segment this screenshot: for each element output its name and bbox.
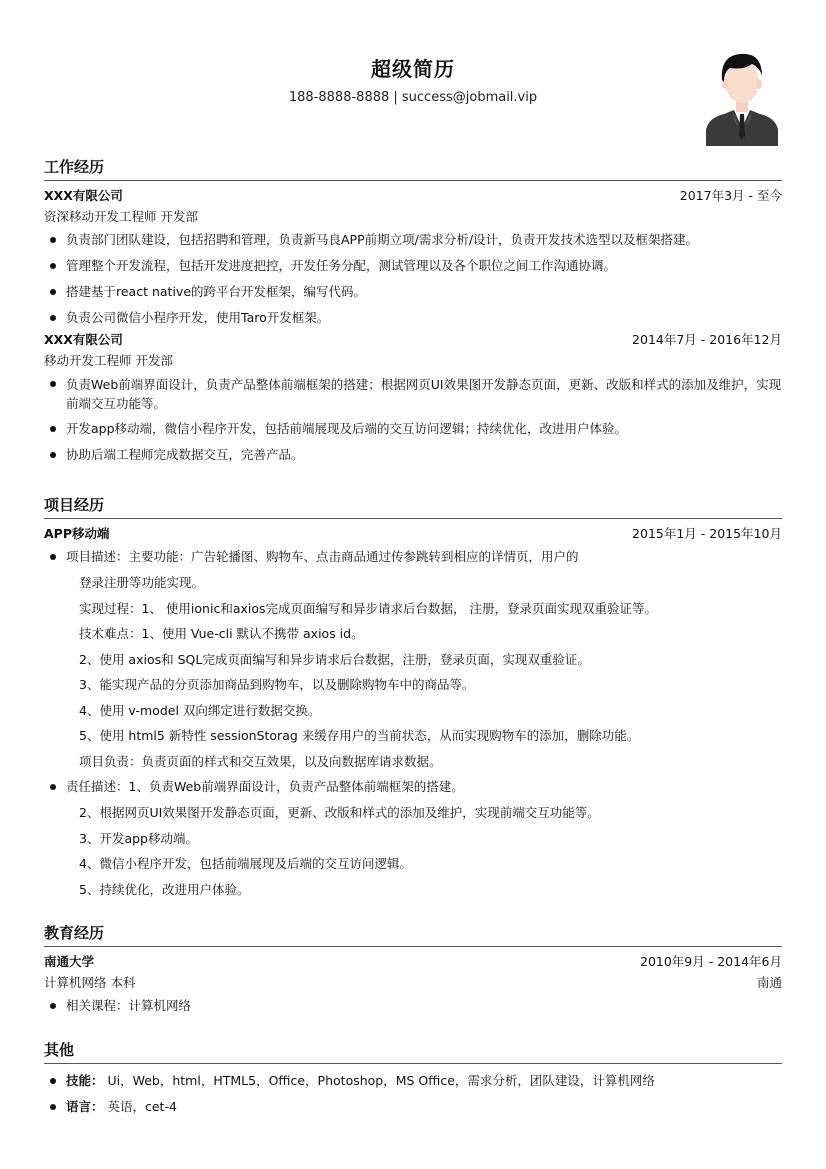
- job-role: 移动开发工程师 开发部: [44, 350, 173, 371]
- list-item: 搭建基于react native的跨平台开发框架，编写代码。: [44, 279, 782, 305]
- list-item: 协助后端工程师完成数据交互，完善产品。: [44, 442, 782, 468]
- school-name: 南通大学: [44, 951, 94, 972]
- other-bullets: 技能： Ui，Web，html，HTML5，Office，Photoshop，M…: [44, 1068, 782, 1120]
- section-title-other: 其他: [44, 1039, 782, 1064]
- project-detail-lines: 2、根据网页UI效果图开发静态页面，更新、改版和样式的添加及维护，实现前端交互功…: [44, 800, 782, 902]
- skills-value: Ui，Web，html，HTML5，Office，Photoshop，MS Of…: [104, 1073, 655, 1088]
- skills-label: 技能：: [66, 1073, 104, 1088]
- detail-line: 5、持续优化，改进用户体验。: [44, 877, 782, 903]
- person-avatar-icon: [704, 50, 780, 146]
- job-date: 2014年7月 - 2016年12月: [632, 329, 782, 350]
- detail-line: 技术难点：1、使用 Vue-cli 默认不携带 axios id。: [44, 621, 782, 647]
- major: 计算机网络 本科: [44, 972, 135, 993]
- contact-info: 188-8888-8888 | success@jobmail.vip: [0, 89, 826, 107]
- location: 南通: [757, 972, 782, 993]
- list-item: 负责部门团队建设，包括招聘和管理，负责新马良APP前期立项/需求分析/设计，负责…: [44, 227, 782, 253]
- resume-name: 超级简历: [0, 55, 826, 83]
- detail-line: 5、使用 html5 新特性 sessionStorag 来缓存用户的当前状态，…: [44, 723, 782, 749]
- list-item: 项目描述：主要功能：广告轮播图、购物车、点击商品通过传参跳转到相应的详情页，用户…: [44, 544, 782, 570]
- list-item: 开发app移动端，微信小程序开发，包括前端展现及后端的交互访问逻辑；持续优化，改…: [44, 416, 782, 442]
- detail-line: 3、能实现产品的分页添加商品到购物车，以及删除购物车中的商品等。: [44, 672, 782, 698]
- project-bullets: 项目描述：主要功能：广告轮播图、购物车、点击商品通过传参跳转到相应的详情页，用户…: [44, 544, 782, 570]
- detail-line: 2、根据网页UI效果图开发静态页面，更新、改版和样式的添加及维护，实现前端交互功…: [44, 800, 782, 826]
- project-experience-section: 项目经历 APP移动端 2015年1月 - 2015年10月 项目描述：主要功能…: [44, 494, 782, 902]
- job-entry: XXX有限公司 2017年3月 - 至今 资深移动开发工程师 开发部 负责部门团…: [44, 185, 782, 331]
- education-section: 教育经历 南通大学 2010年9月 - 2014年6月 计算机网络 本科 南通 …: [44, 922, 782, 1019]
- resume-header: 超级简历 188-8888-8888 | success@jobmail.vip: [0, 55, 826, 107]
- list-item: 管理整个开发流程，包括开发进度把控，开发任务分配，测试管理以及各个职位之间工作沟…: [44, 253, 782, 279]
- detail-line: 项目负责：负责页面的样式和交互效果，以及向数据库请求数据。: [44, 749, 782, 775]
- project-date: 2015年1月 - 2015年10月: [632, 523, 782, 544]
- job-entry: XXX有限公司 2014年7月 - 2016年12月 移动开发工程师 开发部 负…: [44, 329, 782, 468]
- detail-line: 3、开发app移动端。: [44, 826, 782, 852]
- project-name: APP移动端: [44, 523, 110, 544]
- other-section: 其他 技能： Ui，Web，html，HTML5，Office，Photosho…: [44, 1039, 782, 1120]
- detail-line: 2、使用 axios和 SQL完成页面编写和异步请求后台数据，注册，登录页面，实…: [44, 647, 782, 673]
- education-bullets: 相关课程：计算机网络: [44, 993, 782, 1019]
- project-detail-lines: 登录注册等功能实现。 实现过程：1、 使用ionic和axios完成页面编写和异…: [44, 570, 782, 774]
- job-date: 2017年3月 - 至今: [680, 185, 782, 206]
- language-value: 英语，cet-4: [104, 1099, 177, 1114]
- detail-line: 登录注册等功能实现。: [44, 570, 782, 596]
- job-bullets: 负责部门团队建设，包括招聘和管理，负责新马良APP前期立项/需求分析/设计，负责…: [44, 227, 782, 331]
- list-item: 责任描述：1、负责Web前端界面设计，负责产品整体前端框架的搭建。: [44, 774, 782, 800]
- detail-line: 实现过程：1、 使用ionic和axios完成页面编写和异步请求后台数据， 注册…: [44, 596, 782, 622]
- company-name: XXX有限公司: [44, 329, 123, 350]
- job-role: 资深移动开发工程师 开发部: [44, 206, 198, 227]
- language-item: 语言： 英语，cet-4: [44, 1094, 782, 1120]
- resume-page: 超级简历 188-8888-8888 | success@jobmail.vip: [0, 0, 826, 1169]
- section-title-education: 教育经历: [44, 922, 782, 947]
- language-label: 语言：: [66, 1099, 104, 1114]
- work-experience-section: 工作经历 XXX有限公司 2017年3月 - 至今 资深移动开发工程师 开发部 …: [44, 156, 782, 468]
- list-item: 相关课程：计算机网络: [44, 993, 782, 1019]
- list-item: 负责Web前端界面设计，负责产品整体前端框架的搭建；根据网页UI效果图开发静态页…: [44, 371, 782, 416]
- skills-item: 技能： Ui，Web，html，HTML5，Office，Photoshop，M…: [44, 1068, 782, 1094]
- section-title-projects: 项目经历: [44, 494, 782, 519]
- project-bullets: 责任描述：1、负责Web前端界面设计，负责产品整体前端框架的搭建。: [44, 774, 782, 800]
- job-bullets: 负责Web前端界面设计，负责产品整体前端框架的搭建；根据网页UI效果图开发静态页…: [44, 371, 782, 468]
- detail-line: 4、微信小程序开发，包括前端展现及后端的交互访问逻辑。: [44, 851, 782, 877]
- education-date: 2010年9月 - 2014年6月: [640, 951, 782, 972]
- company-name: XXX有限公司: [44, 185, 123, 206]
- list-item: 负责公司微信小程序开发，使用Taro开发框架。: [44, 305, 782, 331]
- detail-line: 4、使用 v-model 双向绑定进行数据交换。: [44, 698, 782, 724]
- section-title-work: 工作经历: [44, 156, 782, 181]
